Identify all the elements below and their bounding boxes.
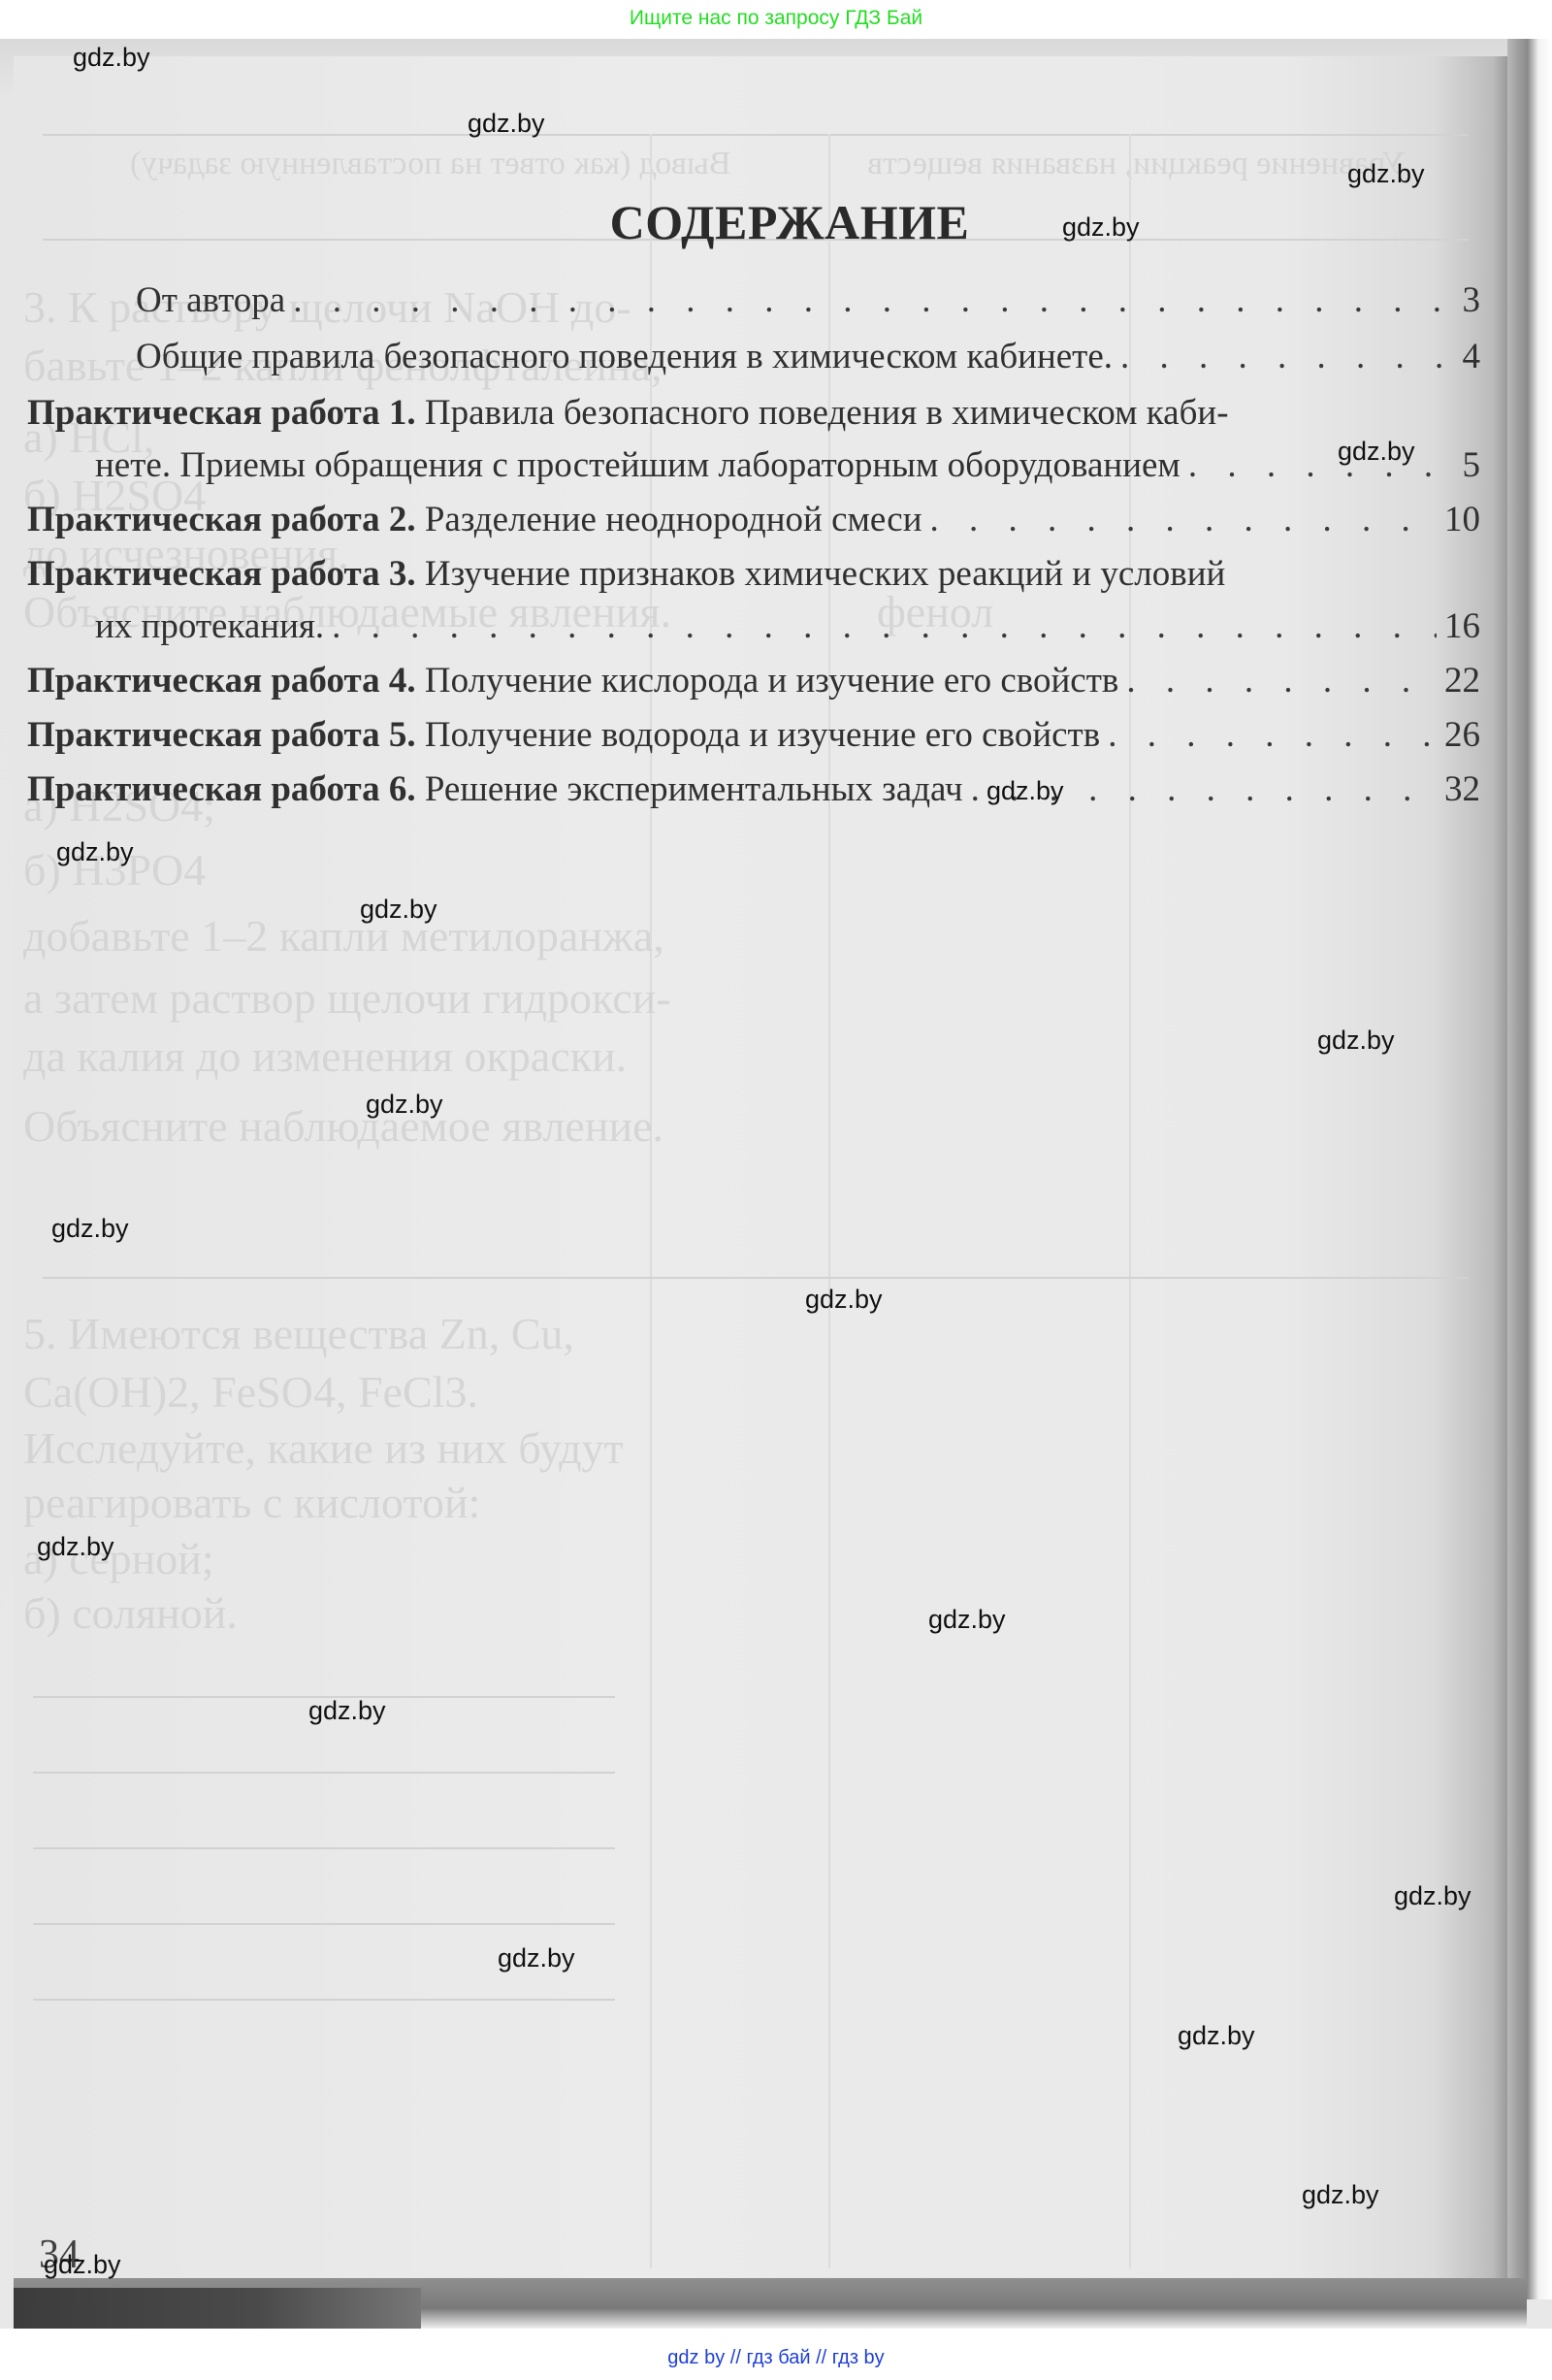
- toc-entry-title: Решение экспериментальных задач: [425, 769, 963, 809]
- page-title: СОДЕРЖАНИЕ: [14, 194, 1552, 250]
- watermark: gdz.by: [1317, 1026, 1395, 1056]
- toc-entry: Практическая работа 1. Правила безопасно…: [27, 392, 1480, 439]
- toc-page-number: 3: [1463, 279, 1481, 321]
- bleed-header-right: Уравнение реакции, названия веществ: [867, 146, 1406, 182]
- watermark: gdz.by: [1338, 437, 1415, 467]
- bleed-text-line: 5. Имеются вещества Zn, Cu,: [23, 1308, 574, 1359]
- bleed-text-line: реагировать с кислотой:: [23, 1477, 480, 1528]
- toc-entry-label: Практическая работа 4.: [27, 661, 416, 701]
- watermark: gdz.by: [1347, 159, 1425, 189]
- bleed-text-line: да калия до изменения окраски.: [23, 1030, 627, 1082]
- watermark: gdz.by: [73, 43, 150, 73]
- watermark: gdz.by: [1178, 2021, 1255, 2051]
- toc-entry-title: Разделение неоднородной смеси: [425, 500, 922, 539]
- watermark: gdz.by: [360, 895, 437, 925]
- toc-page-number: 32: [1444, 768, 1480, 810]
- bleed-text-line: добавьте 1–2 капли метилоранжа,: [23, 910, 664, 962]
- toc-entry-title: Правила безопасного поведения в химическ…: [425, 393, 1229, 433]
- toc-leader-dots: [293, 279, 1454, 321]
- toc-leader-dots: [930, 499, 1438, 540]
- watermark: gdz.by: [37, 1532, 114, 1562]
- toc-entry-label: Практическая работа 3.: [27, 554, 416, 594]
- toc-entry: От автора 3: [136, 279, 1480, 326]
- toc-leader-dots: [1108, 714, 1437, 756]
- bleed-header-left: Вывод (как ответ на поставленную задачу): [130, 146, 731, 182]
- toc-page-number: 5: [1463, 444, 1481, 486]
- toc-entry-label: Практическая работа 2.: [27, 500, 416, 539]
- toc-entry-label: Практическая работа 5.: [27, 715, 416, 755]
- watermark: gdz.by: [498, 1943, 575, 1973]
- toc-entry: Практическая работа 4. Получение кислоро…: [27, 660, 1480, 706]
- toc-entry-label: Практическая работа 1.: [27, 393, 416, 433]
- watermark: gdz.by: [1394, 1881, 1471, 1911]
- bleed-rule: [33, 1923, 615, 1925]
- toc-page-number: 16: [1444, 605, 1480, 647]
- bleed-text-line: б) соляной.: [23, 1587, 238, 1639]
- footer-links: gdz by // гдз бай // гдз by: [0, 2338, 1552, 2377]
- toc-entry-continuation: нете. Приемы обращения с простейшим лабо…: [95, 444, 1480, 491]
- toc-leader-dots: [332, 605, 1437, 647]
- bleed-rule: [43, 134, 1469, 136]
- bleed-text-line: Объясните наблюдаемое явление.: [23, 1100, 663, 1152]
- watermark: gdz.by: [51, 1214, 129, 1244]
- watermark: gdz.by: [1302, 2180, 1379, 2210]
- watermark: gdz.by: [308, 1696, 386, 1726]
- toc-entry-label: Практическая работа 6.: [27, 769, 416, 809]
- scanned-page-area: Вывод (как ответ на поставленную задачу)…: [0, 39, 1552, 2329]
- bleed-text-line: Ca(OH)2, FeSO4, FeCl3.: [23, 1366, 478, 1418]
- toc-entry: Практическая работа 2. Разделение неодно…: [27, 499, 1480, 545]
- watermark: gdz.by: [44, 2250, 121, 2280]
- watermark: gdz.by: [1062, 212, 1140, 243]
- toc-entry-title: Получение кислорода и изучение его свойс…: [425, 661, 1119, 701]
- toc-entry-title-continued: нете. Приемы обращения с простейшим лабо…: [95, 444, 1180, 486]
- watermark: gdz.by: [805, 1285, 883, 1315]
- watermark: gdz.by: [366, 1090, 443, 1120]
- bleed-rule: [33, 1772, 615, 1774]
- bleed-rule: [33, 1847, 615, 1849]
- toc-entry-continuation: их протекания. 16: [95, 605, 1480, 652]
- toc-leader-dots: [1126, 660, 1437, 701]
- toc-entry: Практическая работа 6. Решение экспериме…: [27, 768, 1480, 815]
- toc-entry-title-continued: их протекания.: [95, 605, 324, 647]
- book-page: Вывод (как ответ на поставленную задачу)…: [14, 56, 1507, 2278]
- toc-leader-dots: [1120, 336, 1454, 377]
- toc-page-number: 4: [1463, 336, 1481, 377]
- bleed-text-line: Исследуйте, какие из них будут: [23, 1422, 624, 1474]
- toc-entry: Общие правила безопасного поведения в хи…: [136, 336, 1480, 382]
- watermark: gdz.by: [928, 1605, 1006, 1635]
- watermark: gdz.by: [986, 776, 1064, 806]
- toc-entry-title: От автора: [136, 279, 285, 321]
- bleed-rule: [43, 1277, 1469, 1279]
- toc-entry-title: Получение водорода и изучение его свойст…: [425, 715, 1100, 755]
- toc-entry: Практическая работа 5. Получение водород…: [27, 714, 1480, 761]
- toc-page-number: 10: [1444, 499, 1480, 540]
- watermark: gdz.by: [468, 109, 545, 139]
- toc-entry: Практическая работа 3. Изучение признако…: [27, 553, 1480, 600]
- bleed-rule: [33, 1999, 615, 2001]
- bleed-text-line: а затем раствор щелочи гидрокси-: [23, 972, 671, 1024]
- search-hint-banner: Ищите нас по запросу ГДЗ Бай: [0, 0, 1552, 37]
- page-edge-shadow: [1507, 39, 1552, 2299]
- toc-page-number: 22: [1444, 660, 1480, 701]
- bottom-edge-shadow-dark: [14, 2288, 421, 2329]
- toc-page-number: 26: [1444, 714, 1480, 756]
- toc-entry-title: Изучение признаков химических реакций и …: [425, 554, 1225, 594]
- watermark: gdz.by: [56, 837, 134, 867]
- toc-entry-title: Общие правила безопасного поведения в хи…: [136, 336, 1113, 377]
